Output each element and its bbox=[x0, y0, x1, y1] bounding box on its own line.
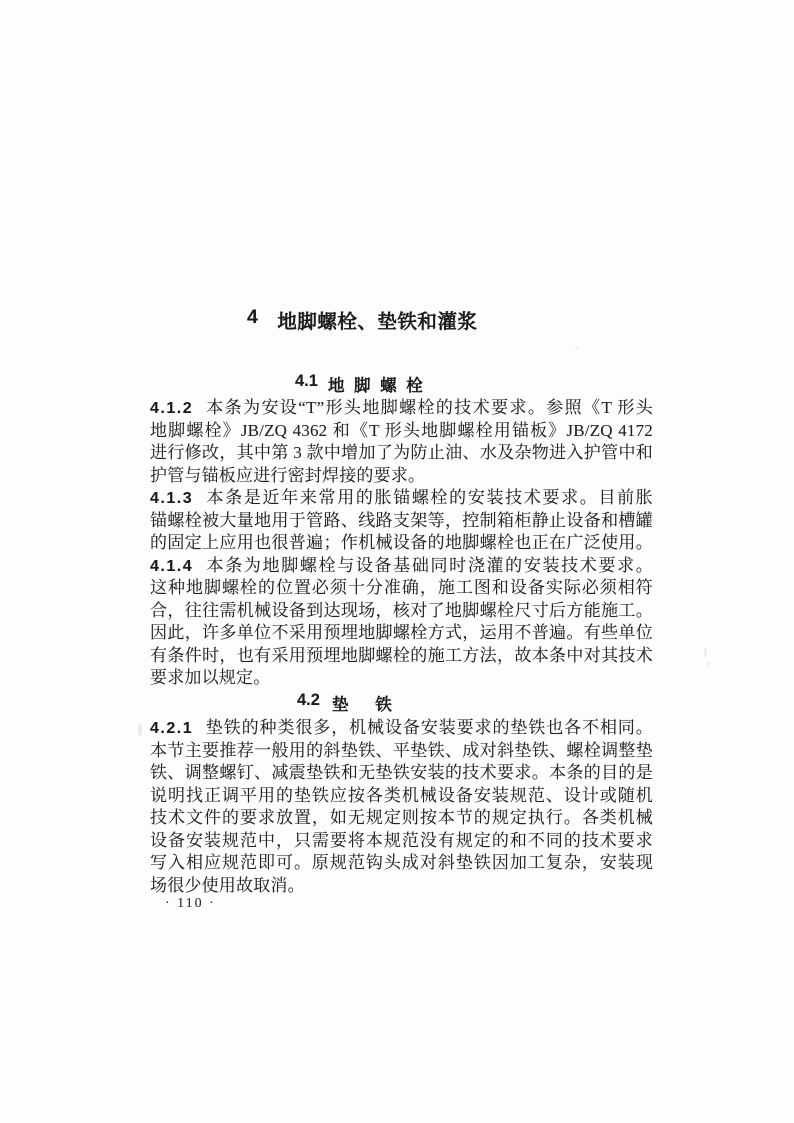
section-number: 4.2 bbox=[297, 691, 320, 715]
text-line: 地脚螺栓》JB/ZQ 4362 和《T 形头地脚螺栓用锚板》JB/ZQ 4172 bbox=[150, 420, 653, 443]
text-line: 4.1.2本条为安设“T”形头地脚螺栓的技术要求。参照《T 形头 bbox=[150, 397, 653, 420]
section-4-1-body: 4.1.2本条为安设“T”形头地脚螺栓的技术要求。参照《T 形头地脚螺栓》JB/… bbox=[150, 397, 653, 690]
page-number: · 110 · bbox=[165, 896, 216, 912]
text-line: 护管与锚板应进行密封焊接的要求。 bbox=[150, 465, 653, 488]
section-title: 地 脚 螺 栓 bbox=[328, 372, 424, 396]
scan-speck bbox=[138, 724, 142, 736]
text-line: 这种地脚螺栓的位置必须十分准确，施工图和设备实际必须相符 bbox=[150, 577, 653, 600]
text-line: 4.1.3本条是近年来常用的胀锚螺栓的安装技术要求。目前胀 bbox=[150, 487, 653, 510]
text-line: 因此，许多单位不采用预埋地脚螺栓方式，运用不普遍。有些单位 bbox=[150, 622, 653, 645]
text-line: 要求加以规定。 bbox=[150, 667, 653, 690]
clause-text: 本条为地脚螺栓与设备基础同时浇灌的安装技术要求。 bbox=[205, 556, 653, 575]
text-line: 4.2.1垫铁的种类很多，机械设备安装要求的垫铁也各不相同。 bbox=[150, 717, 653, 740]
clause-text: 本条为安设“T”形头地脚螺栓的技术要求。参照《T 形头 bbox=[205, 398, 653, 417]
text-line: 场很少使用故取消。 bbox=[150, 875, 653, 898]
section-4-2-body: 4.2.1垫铁的种类很多，机械设备安装要求的垫铁也各不相同。本节主要推荐一般用的… bbox=[150, 717, 653, 897]
section-heading-4-1: 4.1 地 脚 螺 栓 bbox=[295, 372, 424, 396]
chapter-title: 4 地脚螺栓、垫铁和灌浆 bbox=[247, 306, 477, 334]
text-line: 设备安装规范中，只需要将本规范没有规定的和不同的技术要求 bbox=[150, 830, 653, 853]
scan-speck bbox=[575, 346, 579, 349]
section-title: 垫 铁 bbox=[332, 691, 393, 715]
text-line: 的固定上应用也很普遍；作机械设备的地脚螺栓也正在广泛使用。 bbox=[150, 532, 653, 555]
text-line: 铁、调整螺钉、减震垫铁和无垫铁安装的技术要求。本条的目的是 bbox=[150, 762, 653, 785]
clause-text: 垫铁的种类很多，机械设备安装要求的垫铁也各不相同。 bbox=[205, 718, 653, 737]
text-line: 有条件时，也有采用预埋地脚螺栓的施工方法，故本条中对其技术 bbox=[150, 645, 653, 668]
scan-speck bbox=[707, 661, 710, 666]
text-line: 说明找正调平用的垫铁应按各类机械设备安装规范、设计或随机 bbox=[150, 785, 653, 808]
chapter-number: 4 bbox=[247, 306, 258, 334]
chapter-title-text: 地脚螺栓、垫铁和灌浆 bbox=[277, 306, 477, 334]
text-line: 写入相应规范即可。原规范钩头成对斜垫铁因加工复杂，安装现 bbox=[150, 852, 653, 875]
clause-number: 4.1.4 bbox=[150, 558, 193, 575]
section-number: 4.1 bbox=[295, 372, 318, 396]
text-line: 技术文件的要求放置，如无规定则按本节的规定执行。各类机械 bbox=[150, 807, 653, 830]
clause-text: 本条是近年来常用的胀锚螺栓的安装技术要求。目前胀 bbox=[205, 488, 653, 507]
text-line: 4.1.4本条为地脚螺栓与设备基础同时浇灌的安装技术要求。 bbox=[150, 555, 653, 578]
clause-number: 4.1.2 bbox=[150, 400, 193, 417]
section-heading-4-2: 4.2 垫 铁 bbox=[297, 691, 393, 715]
clause-number: 4.1.3 bbox=[150, 490, 193, 507]
text-line: 本节主要推荐一般用的斜垫铁、平垫铁、成对斜垫铁、螺栓调整垫 bbox=[150, 740, 653, 763]
text-line: 合，往往需机械设备到达现场，核对了地脚螺栓尺寸后方能施工。 bbox=[150, 600, 653, 623]
text-line: 锚螺栓被大量地用于管路、线路支架等，控制箱柜静止设备和槽罐 bbox=[150, 510, 653, 533]
scanned-document-page: 4 地脚螺栓、垫铁和灌浆 4.1 地 脚 螺 栓 4.1.2本条为安设“T”形头… bbox=[0, 0, 794, 1123]
scan-speck bbox=[704, 648, 707, 657]
text-line: 进行修改，其中第 3 款中增加了为防止油、水及杂物进入护管中和 bbox=[150, 442, 653, 465]
clause-number: 4.2.1 bbox=[150, 720, 193, 737]
